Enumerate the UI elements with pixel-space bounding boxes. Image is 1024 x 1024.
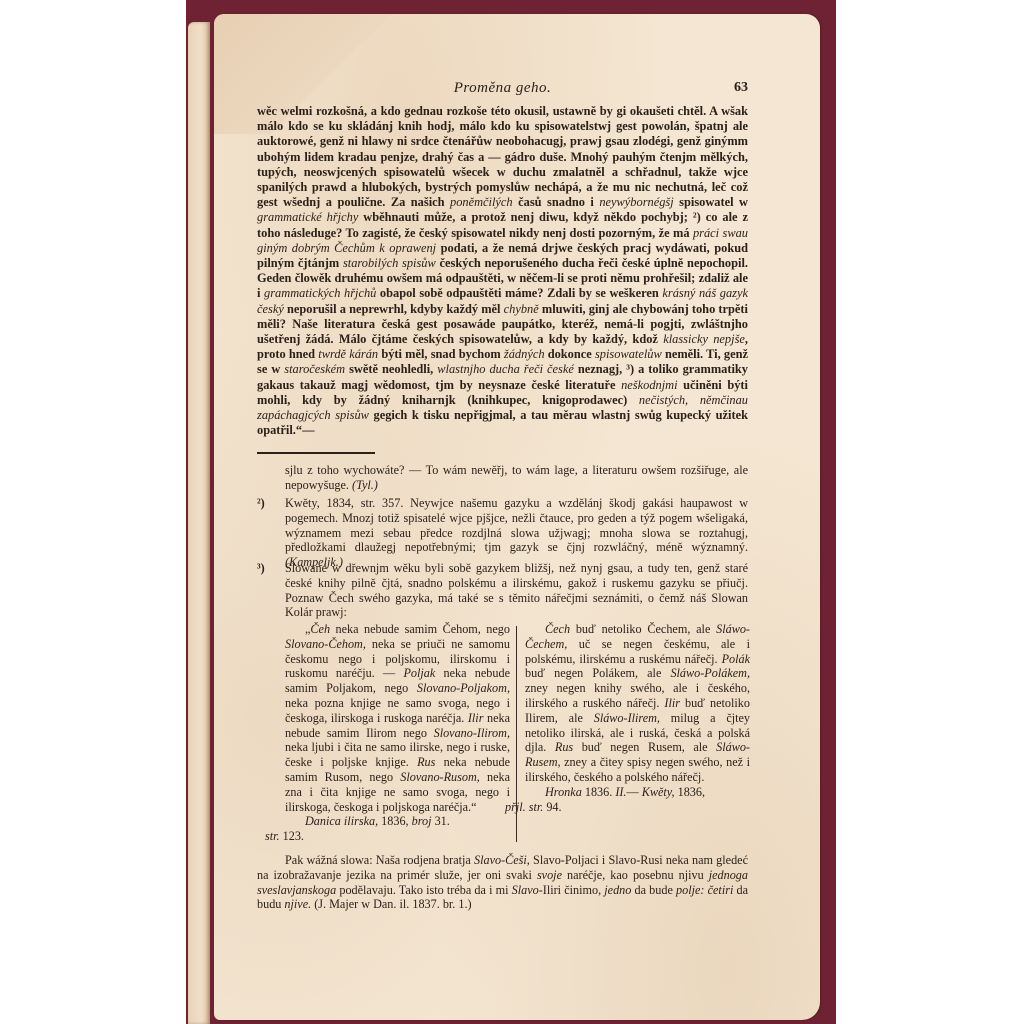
parallel-quotes: „Čeh neka nebude samim Čehom, nego Slova… xyxy=(285,622,750,844)
previous-page-edge xyxy=(188,22,210,1024)
footnote-3: ³)Slowané w dřewnjm wěku byli sobě gazyk… xyxy=(257,561,748,620)
footnote-2: ²)Kwěty, 1834, str. 357. Neywjce našemu … xyxy=(257,496,748,570)
quote-left-source: Danica ilirska, 1836, broj 31.str. 123. xyxy=(285,814,510,844)
quote-right-text: Čech buď netoliko Čechem, ale Sláwo-Čech… xyxy=(525,622,750,785)
footnote-continuation: sjlu z toho wychowáte? — To wám newěřj, … xyxy=(257,463,748,493)
quote-right-source: Hronka 1836. II.— Kwěty, 1836,přjl. str.… xyxy=(525,785,750,815)
main-paragraph: wěc welmi rozkošná, a kdo gednau rozkoše… xyxy=(257,104,748,438)
quote-left-column: „Čeh neka nebude samim Čehom, nego Slova… xyxy=(285,622,510,844)
footnote-marker: ³) xyxy=(257,561,265,576)
running-title: Proměna geho. xyxy=(257,80,748,97)
quote-left-text: „Čeh neka nebude samim Čehom, nego Slova… xyxy=(285,622,510,814)
footnote-marker: ²) xyxy=(257,496,265,511)
footnote-separator-rule xyxy=(257,452,375,454)
closing-paragraph: Pak wážná slowa: Naša rodjena bratja Sla… xyxy=(257,853,748,912)
page-number: 63 xyxy=(734,80,748,96)
quote-right-column: Čech buď netoliko Čechem, ale Sláwo-Čech… xyxy=(525,622,750,814)
page-header: Proměna geho. 63 xyxy=(257,80,748,100)
